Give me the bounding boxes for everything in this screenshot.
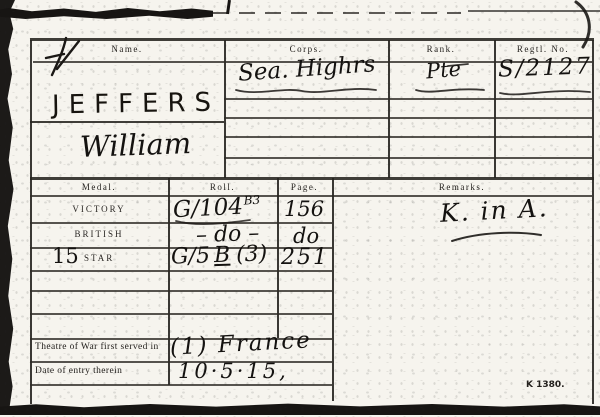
roll-main: G/5 — [171, 243, 211, 269]
page-column-header: Page. — [277, 182, 332, 192]
regtl-flourish-line — [500, 91, 590, 94]
medal-row-british-page: do — [293, 226, 319, 247]
name-header: Name. — [30, 44, 224, 54]
medal-row-victory-page: 156 — [284, 199, 324, 220]
card-top-border — [30, 38, 594, 41]
theatre-of-war-label: Theatre of War first served in — [35, 342, 159, 352]
top-scan-line-right — [468, 10, 600, 12]
torn-left-edge — [0, 0, 15, 411]
medal-row-victory-roll: G/104B3 — [172, 194, 261, 223]
rule-line — [224, 98, 592, 100]
remarks-value: K. in A. — [439, 195, 549, 226]
rule-line — [30, 270, 332, 272]
medal-row-british-label: British — [30, 229, 168, 239]
date-of-entry-label: Date of entry therein — [35, 366, 122, 376]
rule-line — [30, 290, 332, 292]
top-scan-line-mid — [213, 12, 461, 14]
medal-index-card-scan: Name. Corps. Rank. Regtl. No. Sea. Highr… — [0, 0, 600, 417]
top-scan-band — [0, 8, 213, 19]
rule-line — [224, 117, 592, 119]
rule-line — [30, 384, 332, 386]
medal-row-star-roll: G/5B(3) — [171, 243, 268, 268]
medal-table-top-border — [30, 177, 594, 180]
rank-value: Pte — [425, 59, 462, 83]
roll-rest: (3) — [236, 241, 268, 267]
divider-page-remarks — [332, 178, 334, 401]
surname-underline — [30, 121, 224, 123]
rule-line — [30, 313, 332, 315]
roll-underlined-part: B — [214, 243, 231, 269]
remarks-column-header: Remarks. — [332, 182, 592, 192]
corps-flourish-line — [236, 89, 376, 92]
surname-value: JEFFERS — [52, 90, 220, 119]
roll-main: G/104 — [172, 194, 243, 224]
medal-row-star-page: 251 — [281, 247, 329, 269]
medal-row-star-prefix: 15 — [52, 246, 79, 267]
rank-header: Rank. — [388, 44, 494, 54]
regtl-no-value: S/2127 — [498, 55, 593, 81]
bottom-scan-band — [0, 403, 600, 415]
form-print-code: K 1380. — [526, 380, 565, 390]
roll-superscript: B3 — [243, 193, 260, 208]
theatre-of-war-value: (1) France — [169, 329, 312, 359]
medal-row-victory-label: Victory — [30, 204, 168, 214]
rule-line — [224, 157, 592, 159]
forename-value: William — [80, 129, 192, 162]
remarks-flourish-line — [452, 233, 541, 241]
date-of-entry-value: 10·5·15, — [178, 361, 289, 382]
rule-line — [224, 136, 592, 138]
card-right-border — [592, 40, 594, 404]
medal-row-star-label: Star — [84, 253, 114, 263]
corps-value: Sea. Highrs — [237, 53, 376, 86]
roll-column-header: Roll. — [168, 182, 277, 192]
medal-column-header: Medal. — [30, 182, 168, 192]
regtl-no-header: Regtl. No. — [494, 44, 592, 54]
